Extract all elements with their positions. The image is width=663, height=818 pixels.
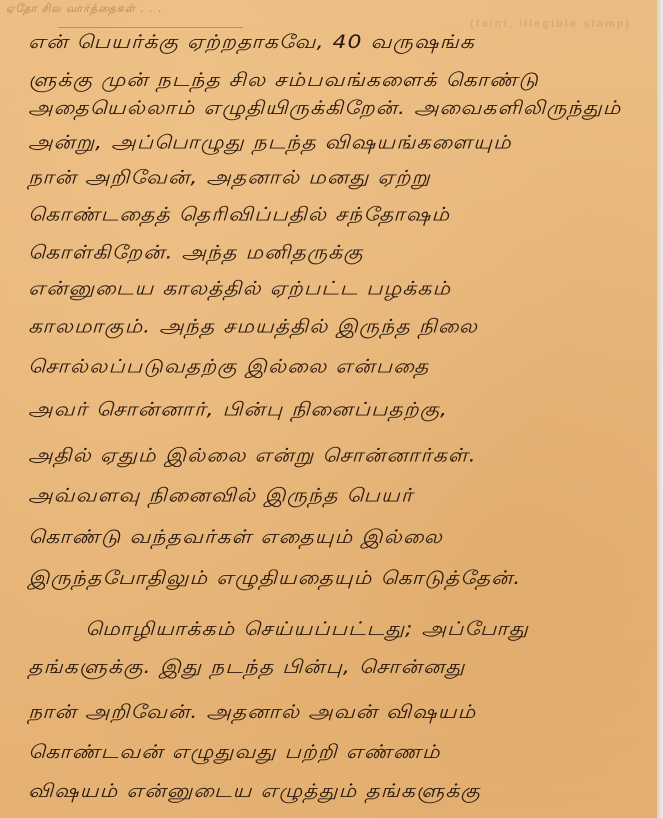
faint-stamp: (faint, illegible stamp)	[470, 18, 631, 30]
handwritten-line-7: கொள்கிறேன். அந்த மனிதருக்கு	[28, 242, 364, 266]
handwritten-line-11: அவர் சொன்னார், பின்பு நினைப்பதற்கு,	[28, 399, 448, 423]
handwritten-line-17: தங்களுக்கு. இது நடந்த பின்பு, சொன்னது	[28, 657, 465, 681]
manuscript-page: ஏதோ சில வார்த்தைகள் . . . (faint, illegi…	[0, 0, 657, 818]
handwritten-line-13: அவ்வளவு நினைவில் இருந்த பெயர்	[28, 485, 413, 509]
handwritten-line-16: மொழியாக்கம் செய்யப்பட்டது; அப்போது	[85, 619, 529, 643]
pencil-annotation: ஏதோ சில வார்த்தைகள் . . .	[6, 2, 163, 17]
handwritten-line-18: நான் அறிவேன். அதனால் அவன் விஷயம்	[28, 702, 476, 726]
annotation-underline	[58, 27, 243, 28]
handwritten-line-1: என் பெயர்க்கு ஏற்றதாகவே, 40 வருஷங்க	[28, 32, 475, 56]
handwritten-line-4: அன்று, அப்பொழுது நடந்த விஷயங்களையும்	[28, 132, 512, 156]
handwritten-line-5: நான் அறிவேன், அதனால் மனது ஏற்று	[28, 167, 431, 191]
handwritten-line-6: கொண்டதைத் தெரிவிப்பதில் சந்தோஷம்	[28, 204, 450, 228]
scan-edge-strip	[657, 0, 663, 818]
handwritten-line-19: கொண்டவன் எழுதுவது பற்றி எண்ணம்	[28, 742, 441, 766]
handwritten-line-12: அதில் ஏதும் இல்லை என்று சொன்னார்கள்.	[28, 445, 477, 469]
handwritten-line-3: அதையெல்லாம் எழுதியிருக்கிறேன். அவைகளிலிர…	[28, 98, 621, 122]
handwritten-line-10: சொல்லப்படுவதற்கு இல்லை என்பதை	[28, 356, 429, 380]
handwritten-line-20: விஷயம் என்னுடைய எழுத்தும் தங்களுக்கு	[28, 781, 481, 805]
handwritten-line-8: என்னுடைய காலத்தில் ஏற்பட்ட பழக்கம்	[28, 278, 451, 302]
handwritten-line-15: இருந்தபோதிலும் எழுதியதையும் கொடுத்தேன்.	[28, 568, 521, 592]
handwritten-line-2: ளுக்கு முன் நடந்த சில சம்பவங்களைக் கொண்ட…	[28, 70, 539, 94]
handwritten-line-9: காலமாகும். அந்த சமயத்தில் இருந்த நிலை	[28, 316, 478, 340]
handwritten-line-14: கொண்டு வந்தவர்கள் எதையும் இல்லை	[28, 527, 443, 551]
